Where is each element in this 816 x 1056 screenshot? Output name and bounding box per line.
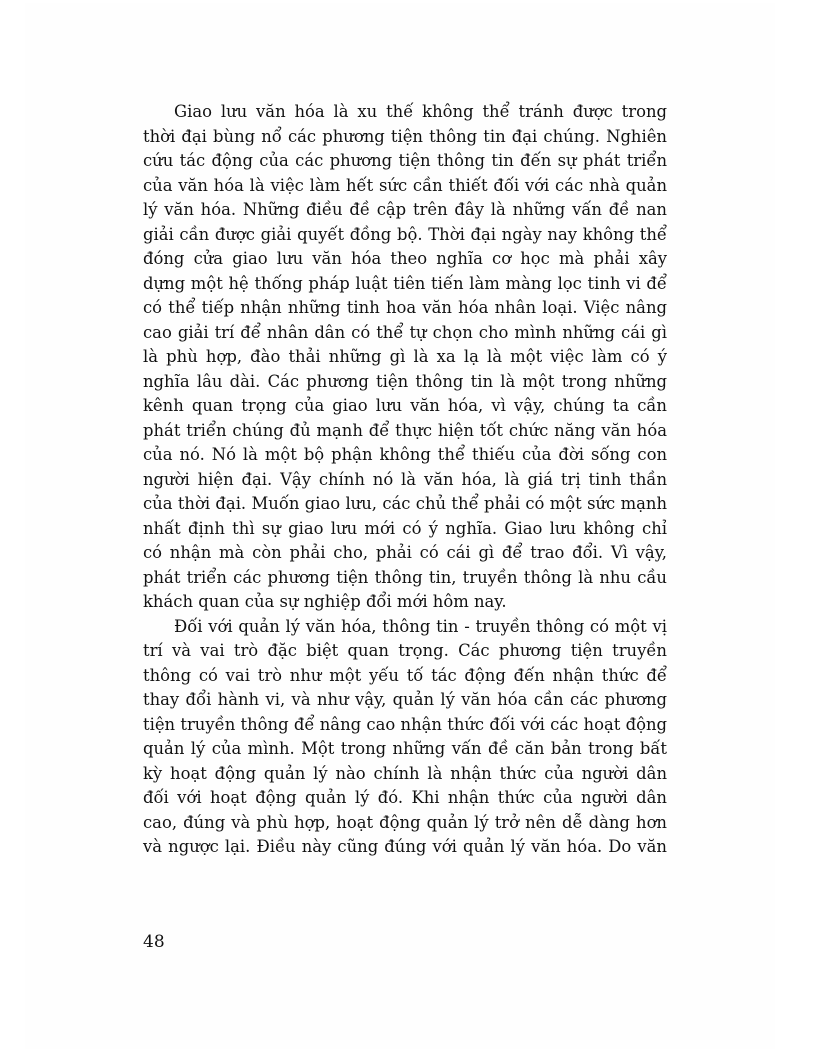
text-line: cứu tác động của các phương tiện thông t… (143, 149, 667, 174)
text-line: và ngược lại. Điều này cũng đúng với quả… (143, 835, 667, 860)
text-line: dựng một hệ thống pháp luật tiên tiến là… (143, 272, 667, 297)
text-line: thay đổi hành vi, và như vậy, quản lý vă… (143, 688, 667, 713)
text-line: giải cần được giải quyết đồng bộ. Thời đ… (143, 223, 667, 248)
paragraph-2: Đối với quản lý văn hóa, thông tin - tru… (143, 615, 667, 860)
text-line: của thời đại. Muốn giao lưu, các chủ thể… (143, 492, 667, 517)
text-line: đóng cửa giao lưu văn hóa theo nghĩa cơ … (143, 247, 667, 272)
text-line: Giao lưu văn hóa là xu thế không thể trá… (143, 100, 667, 125)
text-line: có nhận mà còn phải cho, phải có cái gì … (143, 541, 667, 566)
text-line: quản lý của mình. Một trong những vấn đề… (143, 737, 667, 762)
text-line: thông có vai trò như một yếu tố tác động… (143, 664, 667, 689)
text-line: Đối với quản lý văn hóa, thông tin - tru… (143, 615, 667, 640)
text-line: phát triển chúng đủ mạnh để thực hiện tố… (143, 419, 667, 444)
paragraph-1: Giao lưu văn hóa là xu thế không thể trá… (143, 100, 667, 615)
text-line: lý văn hóa. Những điều đề cập trên đây l… (143, 198, 667, 223)
text-line: nghĩa lâu dài. Các phương tiện thông tin… (143, 370, 667, 395)
text-line: trí và vai trò đặc biệt quan trọng. Các … (143, 639, 667, 664)
text-line: tiện truyền thông để nâng cao nhận thức … (143, 713, 667, 738)
text-line: thời đại bùng nổ các phương tiện thông t… (143, 125, 667, 150)
text-line: của nó. Nó là một bộ phận không thể thiế… (143, 443, 667, 468)
text-line: của văn hóa là việc làm hết sức cần thiế… (143, 174, 667, 199)
text-line: là phù hợp, đào thải những gì là xa lạ l… (143, 345, 667, 370)
text-line: đối với hoạt động quản lý đó. Khi nhận t… (143, 786, 667, 811)
page-number: 48 (143, 932, 165, 952)
text-line: kênh quan trọng của giao lưu văn hóa, vì… (143, 394, 667, 419)
text-line: có thể tiếp nhận những tinh hoa văn hóa … (143, 296, 667, 321)
text-line: khách quan của sự nghiệp đổi mới hôm nay… (143, 590, 667, 615)
text-line: kỳ hoạt động quản lý nào chính là nhận t… (143, 762, 667, 787)
text-line: cao giải trí để nhân dân có thể tự chọn … (143, 321, 667, 346)
text-line: người hiện đại. Vậy chính nó là văn hóa,… (143, 468, 667, 493)
body-text: Giao lưu văn hóa là xu thế không thể trá… (143, 100, 667, 860)
text-line: cao, đúng và phù hợp, hoạt động quản lý … (143, 811, 667, 836)
text-line: nhất định thì sự giao lưu mới có ý nghĩa… (143, 517, 667, 542)
text-line: phát triển các phương tiện thông tin, tr… (143, 566, 667, 591)
